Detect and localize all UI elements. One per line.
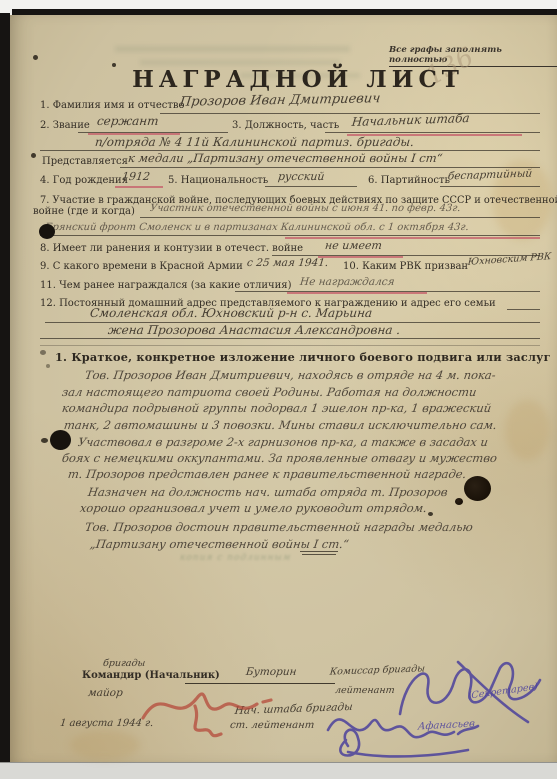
section-1-heading: 1. Краткое, конкретное изложение личного… — [55, 350, 551, 364]
field-8-label: 8. Имеет ли ранения и контузии в отечест… — [40, 243, 303, 254]
ink-blot — [455, 498, 463, 505]
signature-commander-red-pencil — [135, 676, 275, 734]
ghost-text: копия с подлинным — [180, 553, 292, 563]
rule — [140, 217, 540, 218]
field-7-value-line2: Брянский фронт Смоленск и в партизанах К… — [44, 222, 469, 233]
feat-line: командира подрывной группы подорвал 1 эш… — [61, 401, 492, 415]
field-5-value: русский — [277, 170, 325, 183]
field-2-label: 2. Звание — [40, 120, 90, 131]
field-1-label: 1. Фамилия имя и отчество — [40, 100, 185, 111]
form-title: НАГРАДНОЙ ЛИСТ — [128, 66, 468, 93]
field-11-value: Не награждался — [299, 276, 395, 288]
ink-speck — [46, 364, 50, 368]
field-11-label: 11. Чем ранее награждался (за какие отли… — [40, 280, 292, 291]
feat-line: Назначен на должность нач. штаба отряда … — [87, 485, 449, 499]
punch-hole — [50, 430, 71, 450]
field-10-label: 10. Каким РВК призван — [343, 261, 468, 272]
bleed-through — [115, 46, 350, 52]
bleed-through — [140, 60, 340, 65]
field-9-value: с 25 мая 1941. — [246, 257, 328, 269]
rule — [302, 554, 336, 555]
red-underline — [115, 186, 163, 188]
scan-edge-bottom — [0, 762, 557, 779]
rule — [325, 132, 540, 133]
rule — [300, 551, 338, 552]
feat-line: зал настоящего патриота своей Родины. Ра… — [61, 385, 477, 399]
feat-line: хорошо организовал учет и умело руководи… — [79, 501, 428, 515]
ink-speck — [33, 55, 38, 60]
red-underline — [318, 256, 403, 258]
field-7-label-line2: войне (где и когда) — [33, 206, 135, 217]
field-7-value-line1: Участник отечественной войны с июня 41. … — [149, 203, 461, 214]
field-4-value: 1912 — [121, 170, 150, 183]
scan-edge-left — [0, 13, 10, 763]
ink-speck — [31, 153, 36, 158]
field-3-value-2: п/отряда № 4 11й Калининской партиз. бри… — [94, 135, 414, 149]
present-label: Представляется — [42, 156, 128, 167]
rule — [40, 338, 540, 339]
paper-stain — [70, 730, 140, 760]
field-5-label: 5. Национальность — [168, 175, 268, 186]
feat-line: танк, 2 автомашины и 3 повозки. Мины ста… — [63, 418, 498, 432]
feat-line: „Партизану отечественной войны I ст.“ — [89, 537, 350, 551]
field-9-label: 9. С какого времени в Красной Армии — [40, 261, 243, 272]
ink-blot — [464, 476, 491, 501]
feat-line: Участвовал в разгроме 2-х гарнизонов пр-… — [77, 435, 489, 449]
rule — [507, 309, 540, 310]
document-scan: Все графы заполнять полностью 136 НАГРАД… — [0, 0, 557, 779]
field-2-value: сержант — [96, 114, 159, 128]
rule — [160, 113, 540, 114]
feat-line: боях с немецкими оккупантами. За проявле… — [61, 451, 498, 465]
rule — [265, 186, 357, 187]
feat-line: Тов. Прозоров достоин правительственной … — [84, 520, 474, 534]
punch-hole — [39, 224, 55, 239]
rule — [120, 167, 540, 168]
field-6-label: 6. Партийность — [368, 175, 450, 186]
feat-line: Тов. Прозоров Иван Дмитриевич, находясь … — [84, 368, 497, 382]
field-4-label: 4. Год рождения — [40, 175, 128, 186]
ink-speck — [40, 350, 46, 355]
rule — [40, 235, 540, 236]
signature-chief-of-staff-ink — [318, 694, 493, 764]
commander-rank: майор — [87, 687, 123, 699]
field-3-label: 3. Должность, часть — [232, 120, 339, 131]
feat-line: т. Прозоров представлен ранее к правител… — [67, 467, 467, 481]
present-value: к медали „Партизану отечественной войны … — [127, 151, 443, 165]
rule — [440, 186, 540, 187]
ink-speck — [428, 512, 433, 516]
field-12-value-line1: Смоленская обл. Юхновский р-н с. Марьина — [89, 306, 373, 320]
rule — [40, 345, 540, 346]
ink-speck — [41, 438, 48, 443]
field-12-value-line2: жена Прозорова Анастасия Александровна . — [107, 323, 401, 337]
ink-speck — [112, 63, 116, 67]
red-underline — [285, 237, 540, 239]
field-8-value: не имеет — [324, 239, 382, 252]
paper-stain — [505, 400, 550, 460]
red-underline — [287, 292, 427, 294]
sig-brigade-word: бригады — [102, 658, 145, 669]
